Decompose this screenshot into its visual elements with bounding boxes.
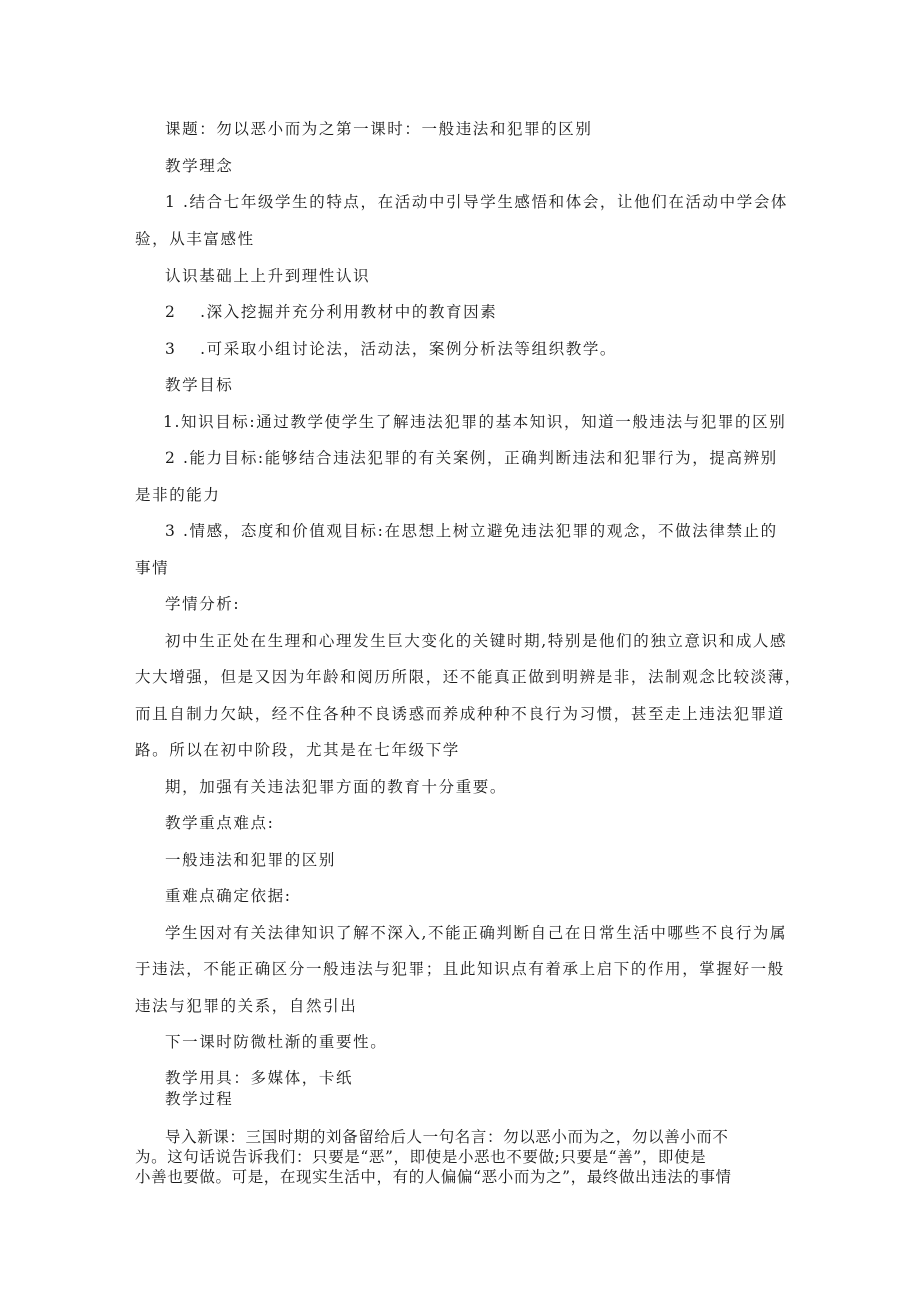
process-line-1: 导入新课：三国时期的刘备留给后人一句名言：勿以恶小而为之，勿以善小而不: [165, 1127, 729, 1147]
lesson-title: 课题：勿以恶小而为之第一课时：一般违法和犯罪的区别: [165, 119, 593, 139]
basis-line-1: 学生因对有关法律知识了解不深入,不能正确判断自己在日常生活中哪些不良行为属: [165, 923, 787, 943]
document-page: 课题：勿以恶小而为之第一课时：一般违法和犯罪的区别 教学理念 1 .结合七年级学…: [0, 0, 920, 1301]
analysis-line-2: 大大增强，但是又因为年龄和阅历所限，还不能真正做到明辨是非，法制观念比较淡薄，: [135, 667, 802, 687]
philosophy-item-1-cont: 验，从丰富感性: [135, 229, 255, 249]
basis-line-3: 违法与犯罪的关系，自然引出: [135, 996, 357, 1016]
philosophy-heading: 教学理念: [165, 156, 233, 176]
analysis-line-3: 而且自制力欠缺，经不住各种不良诱惑而养成种种不良行为习惯，甚至走上违法犯罪道: [135, 704, 785, 724]
goals-heading: 教学目标: [165, 375, 233, 395]
philosophy-item-2: 2 .深入挖掘并充分利用教材中的教育因素: [165, 302, 497, 322]
analysis-line-4: 路。所以在初中阶段，尤其是在七年级下学: [135, 740, 460, 760]
teaching-tools: 教学用具：多媒体，卡纸: [165, 1068, 353, 1088]
goals-item-1: 1.知识目标:通过教学使学生了解违法犯罪的基本知识，知道一般违法与犯罪的区别: [163, 412, 786, 432]
goals-item-3: 3 .情感，态度和价值观目标:在思想上树立避免违法犯罪的观念，不做法律禁止的: [165, 521, 778, 541]
key-points-heading: 教学重点难点:: [165, 813, 274, 833]
philosophy-item-1: 1 .结合七年级学生的特点，在活动中引导学生感悟和体会，让他们在活动中学会体: [165, 192, 788, 212]
basis-line-4: 下一课时防微杜渐的重要性。: [165, 1032, 387, 1052]
basis-line-2: 于违法，不能正确区分一般违法与犯罪；且此知识点有着承上启下的作用，掌握好一般: [135, 959, 785, 979]
goals-item-2-cont: 是非的能力: [135, 485, 221, 505]
key-points-content: 一般违法和犯罪的区别: [165, 850, 336, 870]
basis-heading: 重难点确定依据:: [165, 886, 292, 906]
analysis-line-5: 期，加强有关违法犯罪方面的教育十分重要。: [165, 777, 507, 797]
analysis-line-1: 初中生正处在生理和心理发生巨大变化的关键时期,特别是他们的独立意识和成人感: [165, 631, 787, 651]
goals-item-3-cont: 事情: [135, 558, 169, 578]
philosophy-item-3: 3 .可采取小组讨论法，活动法，案例分析法等组织教学。: [165, 339, 617, 359]
analysis-heading: 学情分析:: [165, 594, 240, 614]
process-heading: 教学过程: [165, 1089, 233, 1109]
process-line-2: 为。这句话说告诉我们：只要是“恶”，即使是小恶也不要做;只要是“善”，即使是: [135, 1147, 706, 1167]
philosophy-item-1-cont2: 认识基础上上升到理性认识: [165, 266, 370, 286]
goals-item-2: 2 .能力目标:能够结合违法犯罪的有关案例，正确判断违法和犯罪行为，提高辨别: [165, 448, 778, 468]
process-line-3: 小善也要做。可是，在现实生活中，有的人偏偏“恶小而为之”，最终做出违法的事情: [135, 1167, 732, 1187]
